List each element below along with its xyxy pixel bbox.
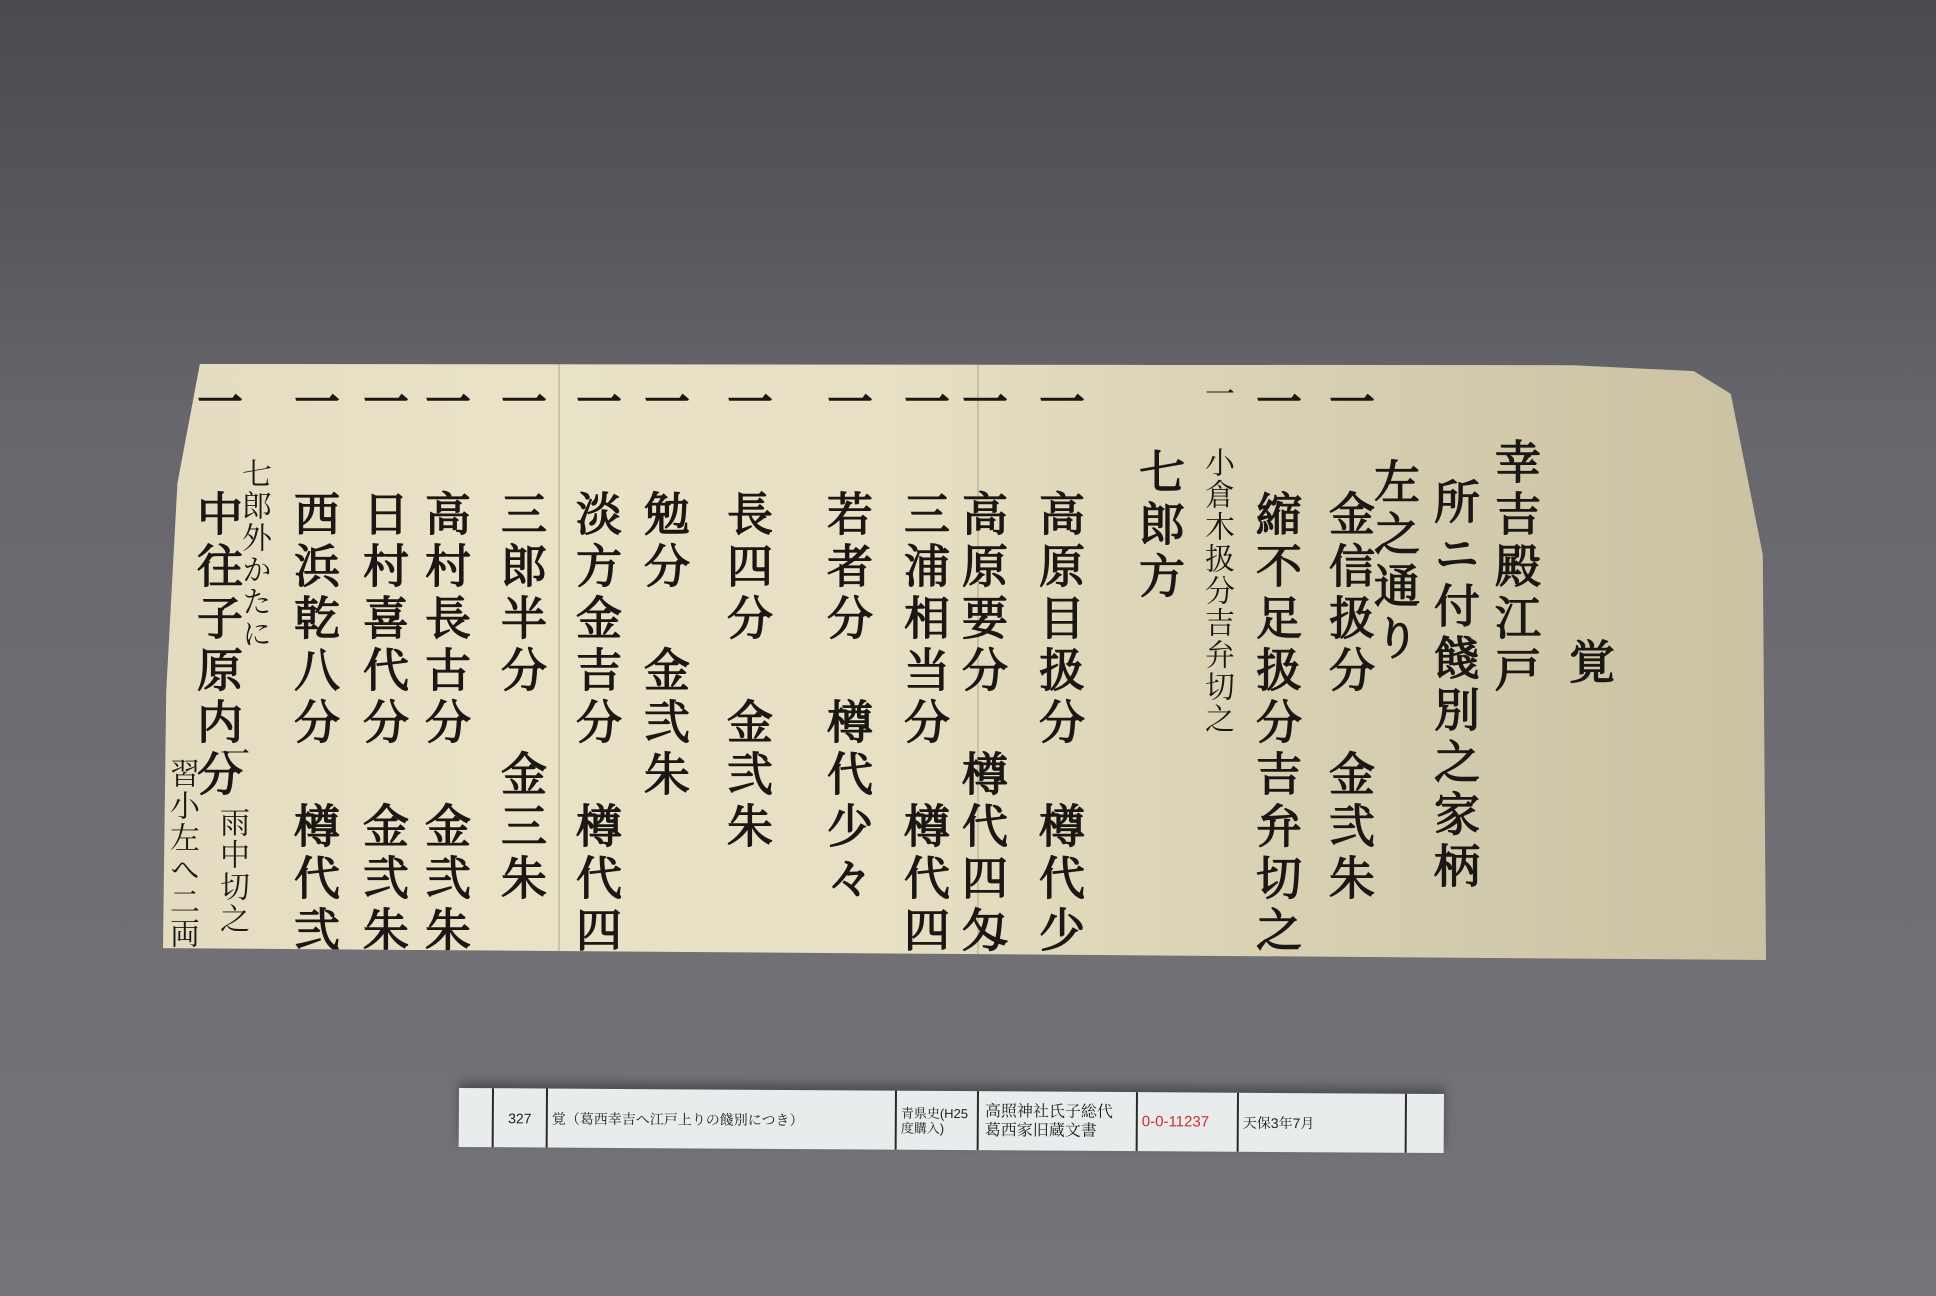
document-id: 0-0-11237	[1138, 1092, 1239, 1152]
handwritten-column: 左之通り	[1371, 458, 1417, 666]
handwritten-column: 一 長四分 金弐朱	[724, 378, 770, 854]
handwritten-column: 七郎方	[1136, 448, 1182, 604]
label-blank-cell-right	[1407, 1094, 1444, 1153]
handwritten-column: 一 小倉木扱分吉弁切之	[1201, 378, 1231, 735]
handwritten-column: 一 西浜乾八分 樽代弐匁	[291, 378, 337, 1010]
handwritten-column: 七郎外かたに	[238, 458, 268, 650]
handwritten-column: 覚	[1566, 638, 1612, 690]
handwritten-column: 一 高原要分 樽代四匁	[959, 378, 1005, 958]
fold-line	[558, 364, 560, 960]
historical-document-paper: 覚幸吉殿江戸所ニ付餞別之家柄左之通り一 金信扱分 金弐朱一 縮不足扱分吉弁切之一…	[163, 364, 1766, 960]
handwritten-column: 一 金信扱分 金弐朱	[1326, 378, 1372, 906]
handwritten-column: 一 日村喜代分 金弐朱	[360, 378, 406, 958]
handwritten-column: 一 淡方金吉分 樽代四匁	[573, 378, 619, 1010]
handwritten-column: 一 高原目扱分 樽代少々	[1036, 378, 1082, 1010]
label-blank-cell	[459, 1088, 494, 1147]
handwritten-column: 一 三郎半分 金三朱	[498, 378, 544, 906]
handwritten-column: 一 高村長古分 金弐朱	[422, 378, 468, 958]
handwritten-column: 一 若者分 樽代少々	[824, 378, 870, 906]
source-field: 青県史(H25 度購入)	[897, 1091, 979, 1150]
handwritten-column: 一 勉分 金弐朱	[641, 378, 687, 802]
document-title: 覚（葛西幸吉へ江戸上りの餞別につき）	[548, 1089, 897, 1150]
handwritten-column: 習小左へ二両扱	[166, 758, 196, 982]
catalog-label-strip: 327 覚（葛西幸吉へ江戸上りの餞別につき） 青県史(H25 度購入) 高照神社…	[459, 1088, 1444, 1153]
catalog-number: 327	[494, 1088, 548, 1147]
collection-field: 高照神社氏子総代 葛西家旧蔵文書	[979, 1091, 1138, 1151]
date-field: 天保3年7月	[1239, 1093, 1407, 1153]
handwritten-column: 一 雨中切之	[216, 738, 246, 935]
handwritten-column: 一 縮不足扱分吉弁切之	[1253, 378, 1299, 958]
handwritten-column: 一 三浦相当分 樽代四匁	[901, 378, 947, 1010]
handwritten-column: 幸吉殿江戸	[1492, 438, 1538, 698]
handwritten-column: 所ニ付餞別之家柄	[1431, 478, 1477, 894]
